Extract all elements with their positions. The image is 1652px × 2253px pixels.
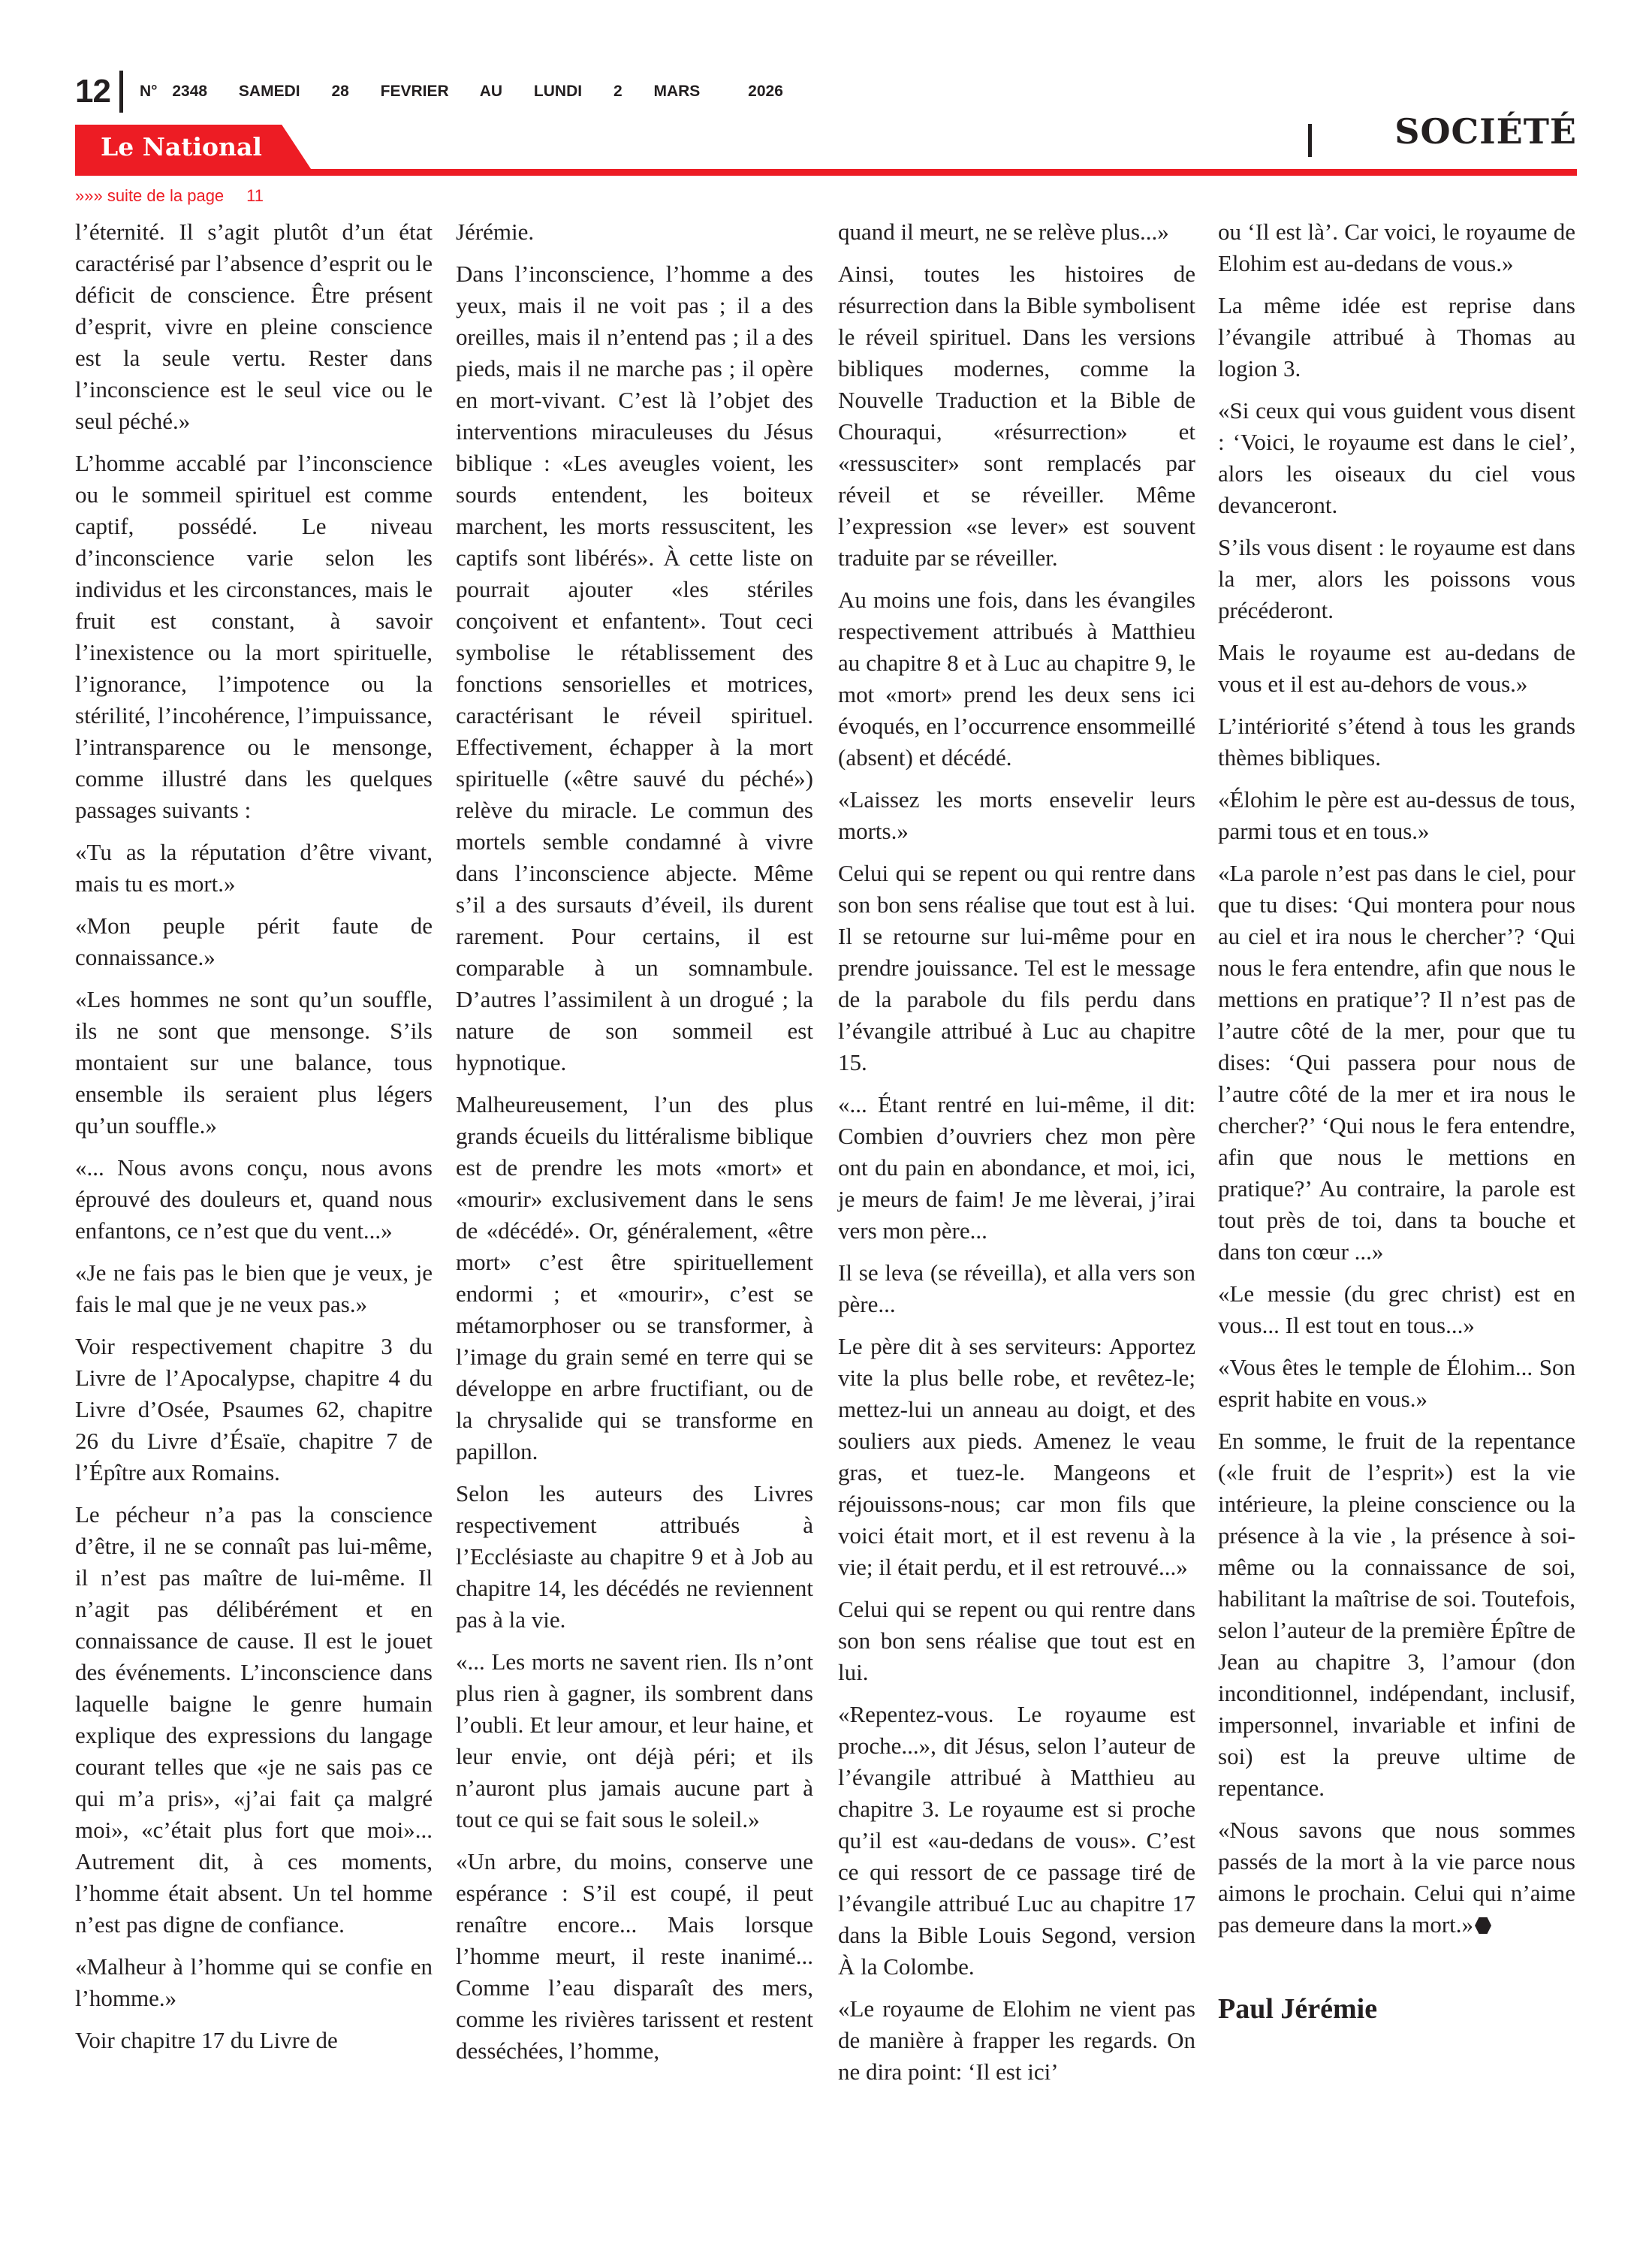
paragraph: Malheureusement, l’un des plus grands éc…	[456, 1089, 813, 1467]
quote-paragraph: «La parole n’est pas dans le ciel, pour …	[1218, 858, 1575, 1268]
quote-paragraph: «Je ne fais pas le bien que je veux, je …	[75, 1257, 433, 1320]
section-divider	[1308, 124, 1312, 157]
article-column-4: ou ‘Il est là’. Car voici, le royaume de…	[1218, 216, 1575, 2025]
paragraph: Celui qui se repent ou qui rentre dans s…	[838, 858, 1195, 1078]
paragraph: Le pécheur n’a pas la conscience d’être,…	[75, 1499, 433, 1941]
section-title: SOCIÉTÉ	[1394, 111, 1577, 152]
paragraph: Jérémie.	[456, 216, 813, 248]
continued-from-note: »»» suite de la page11	[75, 186, 264, 206]
hexagon-end-mark-icon	[1475, 1917, 1491, 1934]
issue-date-day-end: 2	[613, 83, 623, 100]
paragraph: L’homme accablé par l’inconscience ou le…	[75, 448, 433, 826]
paragraph: Selon les auteurs des Livres respectivem…	[456, 1478, 813, 1636]
reference-paragraph: Voir chapitre 17 du Livre de	[75, 2025, 433, 2056]
issue-date-month-end: MARS	[653, 83, 700, 100]
quote-paragraph: «Le royaume de Elohim ne vient pas de ma…	[838, 1993, 1195, 2088]
quote-paragraph: «Les hommes ne sont qu’un souffle, ils n…	[75, 984, 433, 1142]
quote-paragraph: «Un arbre, du moins, conserve une espéra…	[456, 1846, 813, 2067]
issue-date-weekday-start: SAMEDI	[239, 83, 300, 100]
issue-date-connector: AU	[480, 83, 502, 100]
quote-paragraph: Mais le royaume est au-dedans de vous et…	[1218, 637, 1575, 700]
paragraph: La même idée est reprise dans l’évangile…	[1218, 290, 1575, 385]
paragraph: En somme, le fruit de la repentance («le…	[1218, 1425, 1575, 1804]
issue-date-day-start: 28	[331, 83, 348, 100]
article-column-1: l’éternité. Il s’agit plutôt d’un état c…	[75, 216, 433, 2067]
reference-paragraph: Voir respectivement chapitre 3 du Livre …	[75, 1331, 433, 1488]
continued-label: »»» suite de la page	[75, 186, 224, 205]
page-number-divider	[119, 71, 123, 113]
author-byline: Paul Jérémie	[1218, 1993, 1575, 2025]
issue-number: N° 2348	[140, 83, 207, 100]
quote-paragraph: «Si ceux qui vous guident vous disent : …	[1218, 395, 1575, 521]
paragraph: L’intériorité s’étend à tous les grands …	[1218, 710, 1575, 774]
quote-paragraph: «... Nous avons conçu, nous avons éprouv…	[75, 1152, 433, 1247]
paragraph: Celui qui se repent ou qui rentre dans s…	[838, 1594, 1195, 1688]
quote-paragraph: «Élohim le père est au-dessus de tous, p…	[1218, 784, 1575, 847]
quote-paragraph: Il se leva (se réveilla), et alla vers s…	[838, 1257, 1195, 1320]
quote-paragraph: «Vous êtes le temple de Élohim... Son es…	[1218, 1352, 1575, 1415]
quote-paragraph: «... Étant rentré en lui-même, il dit: C…	[838, 1089, 1195, 1247]
issue-info: N° 2348 SAMEDI 28 FEVRIER AU LUNDI 2 MAR…	[140, 83, 800, 101]
publication-logo: Le National	[101, 132, 262, 161]
continued-page-number: 11	[246, 186, 264, 205]
article-column-3: quand il meurt, ne se relève plus...» Ai…	[838, 216, 1195, 2098]
paragraph: Dans l’inconscience, l’homme a des yeux,…	[456, 258, 813, 1078]
closing-quote-paragraph: «Nous savons que nous sommes passés de l…	[1218, 1814, 1575, 1941]
quote-paragraph: Le père dit à ses serviteurs: Apportez v…	[838, 1331, 1195, 1583]
quote-paragraph: «Malheur à l’homme qui se confie en l’ho…	[75, 1951, 433, 2014]
masthead-top: 12 N° 2348 SAMEDI 28 FEVRIER AU LUNDI 2 …	[75, 69, 800, 114]
paragraph: Ainsi, toutes les histoires de résurrect…	[838, 258, 1195, 574]
paragraph: l’éternité. Il s’agit plutôt d’un état c…	[75, 216, 433, 437]
quote-paragraph: ou ‘Il est là’. Car voici, le royaume de…	[1218, 216, 1575, 279]
paragraph: Au moins une fois, dans les évangiles re…	[838, 584, 1195, 774]
quote-paragraph: «Laissez les morts ensevelir leurs morts…	[838, 784, 1195, 847]
issue-date-month-start: FEVRIER	[381, 83, 449, 100]
article-column-2: Jérémie. Dans l’inconscience, l’homme a …	[456, 216, 813, 2077]
paragraph: «Repentez-vous. Le royaume est proche...…	[838, 1699, 1195, 1983]
quote-paragraph: S’ils vous disent : le royaume est dans …	[1218, 532, 1575, 626]
issue-date-weekday-end: LUNDI	[534, 83, 582, 100]
quote-paragraph: quand il meurt, ne se relève plus...»	[838, 216, 1195, 248]
header-rule	[75, 169, 1577, 176]
quote-paragraph: «Mon peuple périt faute de connaissance.…	[75, 910, 433, 973]
closing-quote-text: «Nous savons que nous sommes passés de l…	[1218, 1817, 1575, 1938]
issue-date-year: 2026	[748, 83, 783, 100]
quote-paragraph: «Le messie (du grec christ) est en vous.…	[1218, 1278, 1575, 1341]
page-number: 12	[75, 73, 110, 110]
quote-paragraph: «... Les morts ne savent rien. Ils n’ont…	[456, 1646, 813, 1835]
quote-paragraph: «Tu as la réputation d’être vivant, mais…	[75, 837, 433, 900]
